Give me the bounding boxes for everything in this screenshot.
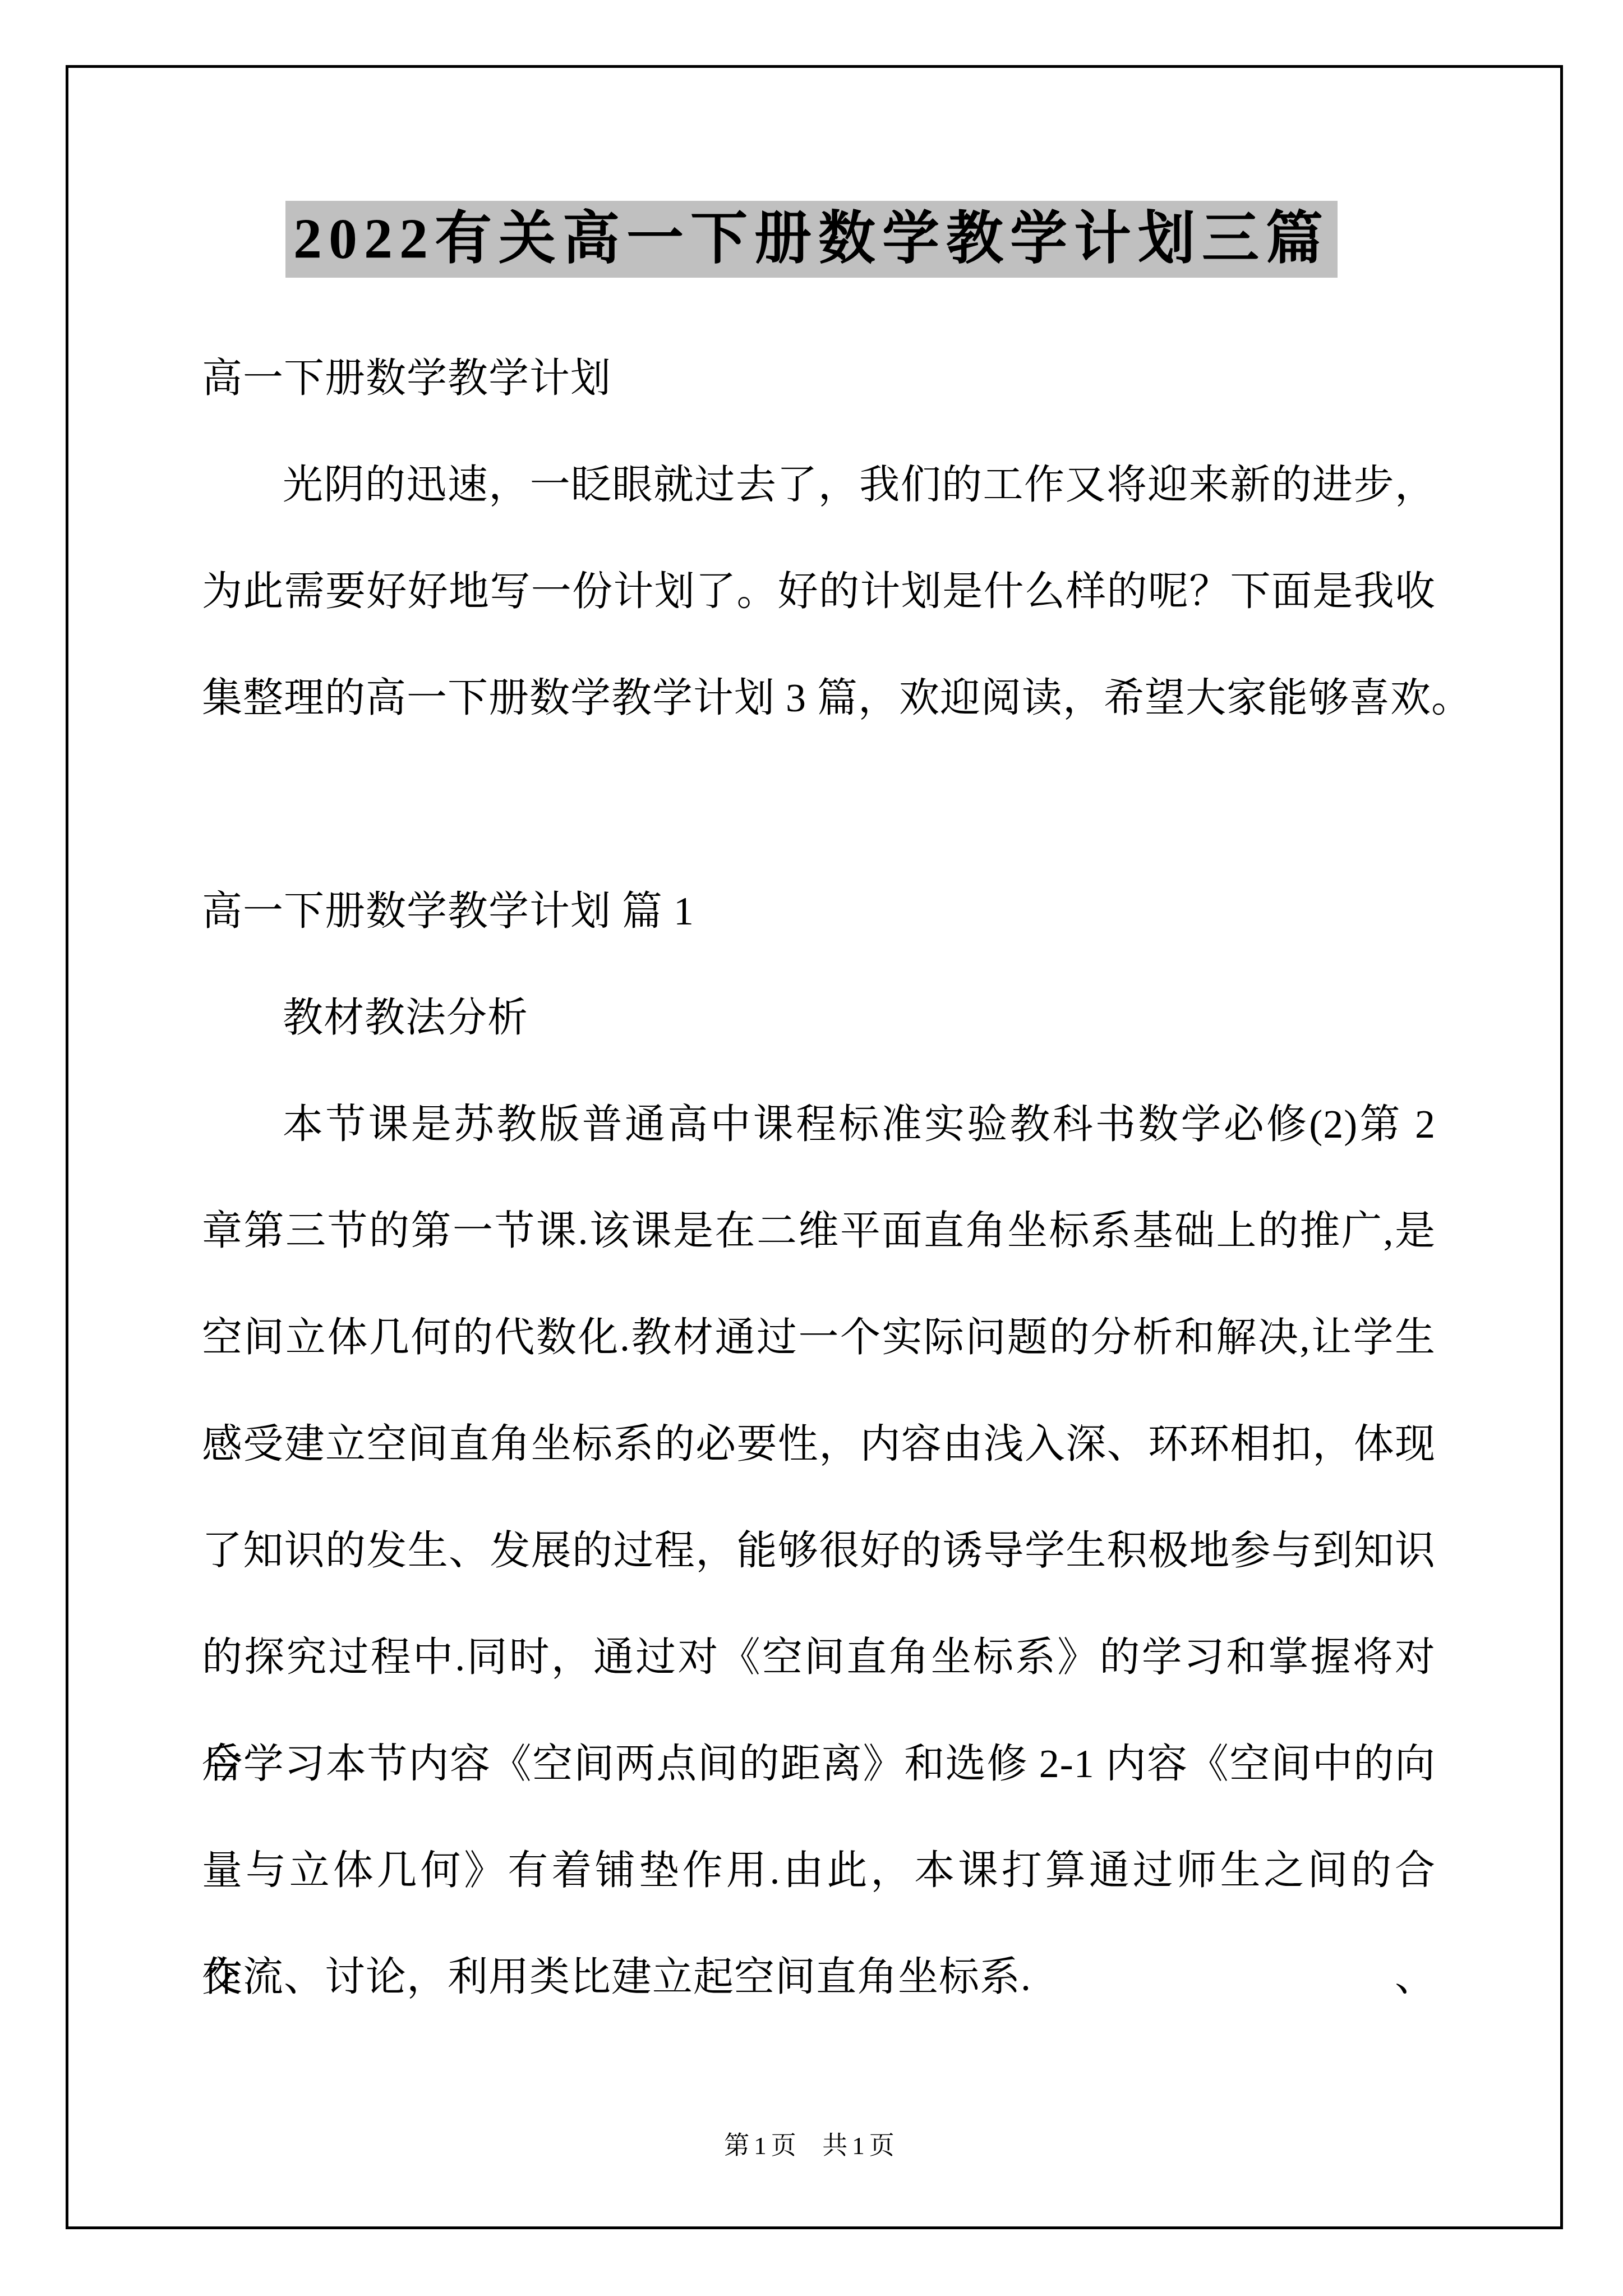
text-line: 量与立体几何》有着铺垫作用.由此，本课打算通过师生之间的合作、	[202, 1817, 1436, 1924]
text-line: 感受建立空间直角坐标系的必要性，内容由浅入深、环环相扣，体现	[202, 1391, 1436, 1497]
text-line: 章第三节的第一节课.该课是在二维平面直角坐标系基础上的推广,是	[202, 1177, 1436, 1284]
text-line: 光阴的迅速，一眨眼就过去了，我们的工作又将迎来新的进步，	[202, 431, 1436, 538]
text-line: 空间立体几何的代数化.教材通过一个实际问题的分析和解决,让学生	[202, 1284, 1436, 1391]
text-line	[202, 751, 1436, 858]
text-line: 高一下册数学教学计划 篇 1	[202, 858, 1436, 964]
text-line: 高一下册数学教学计划	[202, 325, 1436, 431]
text-line: 了知识的发生、发展的过程，能够很好的诱导学生积极地参与到知识	[202, 1497, 1436, 1604]
text-line: 后学习本节内容《空间两点间的距离》和选修 2-1 内容《空间中的向	[202, 1710, 1436, 1817]
text-line: 为此需要好好地写一份计划了。好的计划是什么样的呢？下面是我收	[202, 538, 1436, 645]
document-title: 2022有关高一下册数学教学计划三篇	[285, 201, 1338, 278]
text-line: 本节课是苏教版普通高中课程标准实验教科书数学必修(2)第 2	[202, 1071, 1436, 1177]
text-line: 集整理的高一下册数学教学计划 3 篇，欢迎阅读，希望大家能够喜欢。	[202, 645, 1436, 751]
title-row: 2022有关高一下册数学教学计划三篇	[0, 201, 1623, 278]
page-footer: 第1页 共1页	[0, 2129, 1623, 2162]
text-line: 教材教法分析	[202, 964, 1436, 1071]
document-body: 高一下册数学教学计划光阴的迅速，一眨眼就过去了，我们的工作又将迎来新的进步，为此…	[202, 325, 1436, 2030]
text-line: 的探究过程中.同时，通过对《空间直角坐标系》的学习和掌握将对今	[202, 1604, 1436, 1710]
